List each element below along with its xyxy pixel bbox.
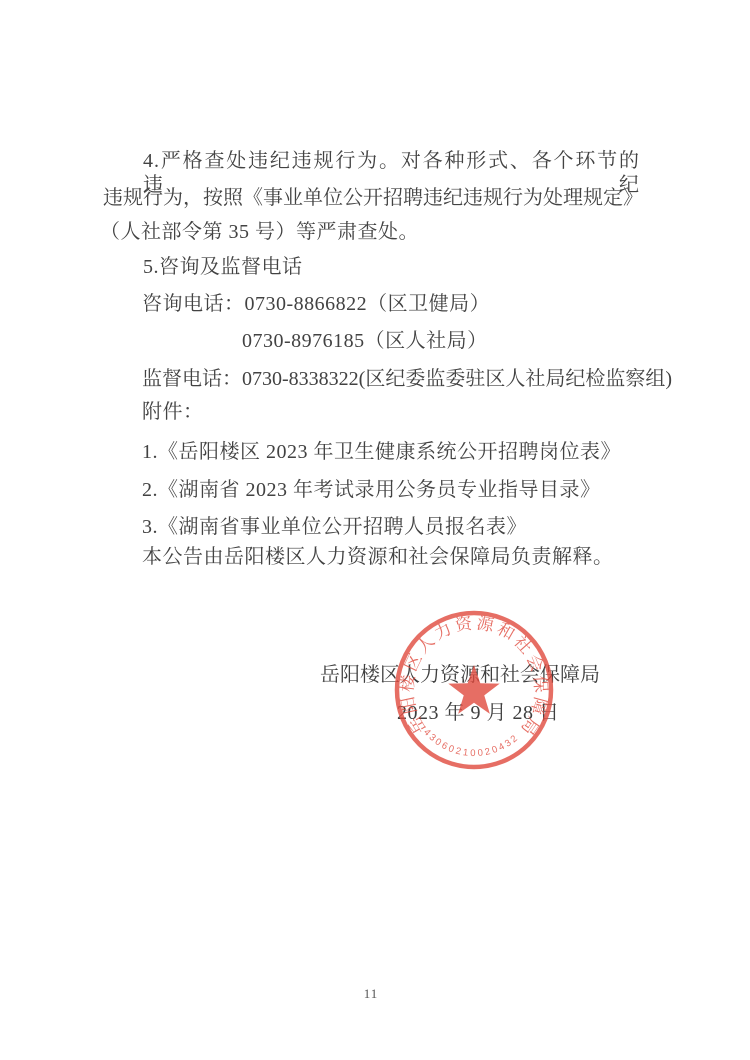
attachment-item: 1.《岳阳楼区 2023 年卫生健康系统公开招聘岗位表》 — [142, 440, 621, 464]
seal-code-number: 43060210020432 — [421, 727, 521, 759]
page-number: 11 — [0, 986, 742, 1002]
body-line: 本公告由岳阳楼区人力资源和社会保障局负责解释。 — [142, 545, 614, 569]
attachment-item: 2.《湖南省 2023 年考试录用公务员专业指导目录》 — [142, 478, 601, 502]
attachment-item: 3.《湖南省事业单位公开招聘人员报名表》 — [142, 515, 527, 539]
phone-line-consult: 咨询电话：0730-8866822（区卫健局） — [142, 292, 490, 316]
official-seal-stamp: 岳阳楼区人力资源和社会保障局 43060210020432 — [389, 605, 559, 775]
body-line: 5.咨询及监督电话 — [143, 255, 303, 279]
body-line: （人社部令第 35 号）等严肃查处。 — [100, 220, 419, 244]
phone-line-consult-2: 0730-8976185（区人社局） — [242, 329, 488, 353]
svg-text:43060210020432: 43060210020432 — [421, 727, 521, 759]
document-page: 4.严格查处违纪违规行为。对各种形式、各个环节的违纪 违规行为，按照《事业单位公… — [0, 0, 750, 1060]
seal-star-icon — [448, 665, 499, 714]
body-line: 违规行为，按照《事业单位公开招聘违纪违规行为处理规定》 — [103, 186, 643, 210]
phone-line-supervise: 监督电话：0730-8338322(区纪委监委驻区人社局纪检监察组) — [142, 367, 672, 391]
attachments-heading: 附件： — [142, 400, 204, 424]
